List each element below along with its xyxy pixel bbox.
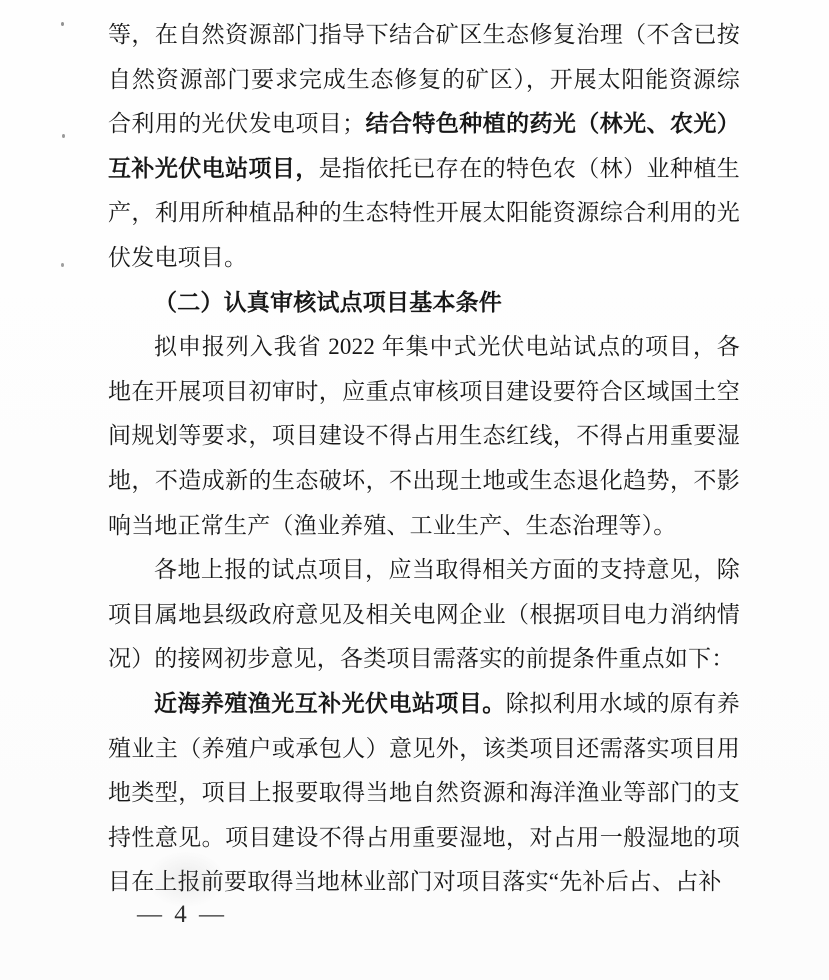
text-segment: 除拟利用水域的原有养殖业主（养殖户或承包人）意见外，该类项目还需落实项目用地类型… (108, 691, 740, 894)
paragraph: 各地上报的试点项目，应当取得相关方面的支持意见，除项目属地县级政府意见及相关电网… (108, 548, 740, 682)
paragraph: 近海养殖渔光互补光伏电站项目。除拟利用水域的原有养殖业主（养殖户或承包人）意见外… (108, 682, 740, 905)
page-number-text: — 4 — (137, 901, 227, 928)
paragraph: 拟申报列入我省 2022 年集中式光伏电站试点的项目，各地在开展项目初审时，应重… (108, 325, 740, 548)
paragraph-continuation: 等，在自然资源部门指导下结合矿区生态修复治理（不含已按自然资源部门要求完成生态修… (108, 13, 740, 281)
bold-text-segment: 近海养殖渔光互补光伏电站项目。 (154, 691, 506, 716)
document-page: 等，在自然资源部门指导下结合矿区生态修复治理（不含已按自然资源部门要求完成生态修… (0, 0, 829, 980)
document-body: 等，在自然资源部门指导下结合矿区生态修复治理（不含已按自然资源部门要求完成生态修… (108, 13, 740, 905)
scan-noise-specks (61, 22, 64, 26)
section-heading: （二）认真审核试点项目基本条件 (108, 281, 740, 326)
page-number: — 4 — (137, 901, 227, 929)
